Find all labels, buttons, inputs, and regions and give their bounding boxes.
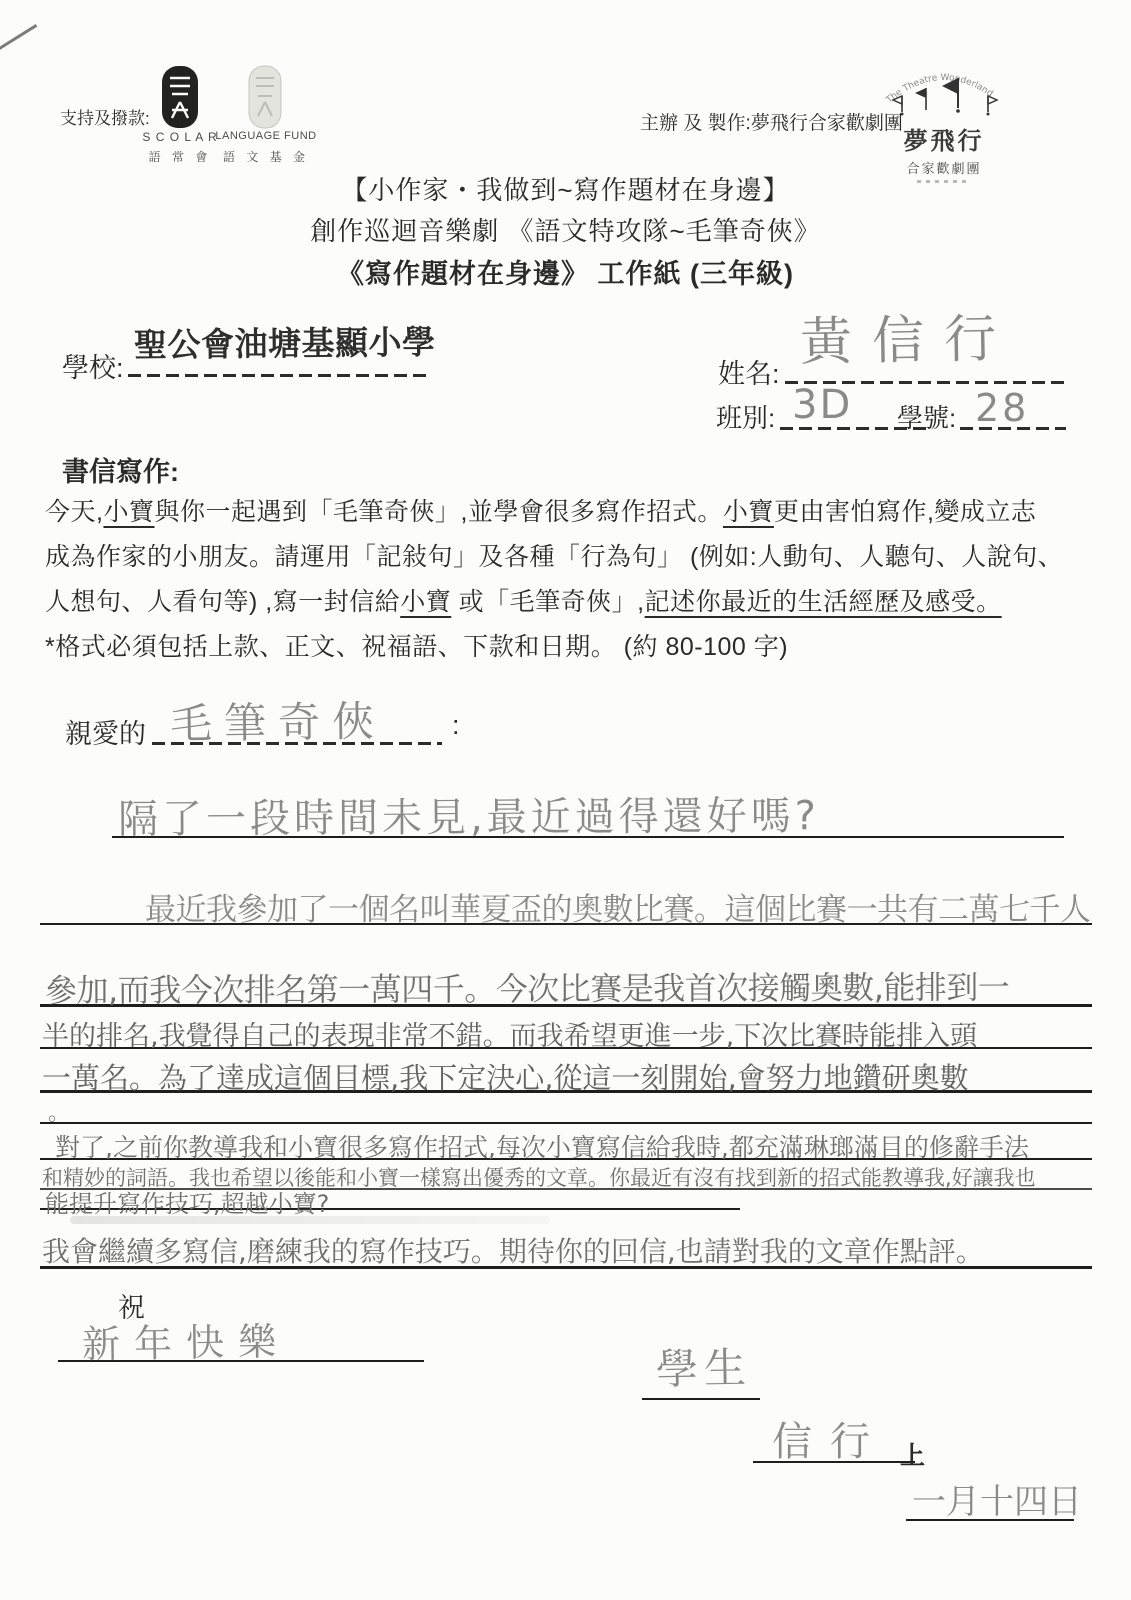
instr-seg: 更由害怕寫作,變成立志 [774,498,1036,526]
school-label: 學校: [62,346,124,385]
instruction-line-2: 成為作家的小朋友。請運用「記敍句」及各種「行為句」 (例如:人動句、人聽句、人說… [45,537,1063,573]
school-line [128,374,430,377]
instr-seg-underlined: 記述你最近的生活經歷及感受。 [645,588,1002,616]
instruction-line-4: *格式必須包括上款、正文、祝福語、下款和日期。 (約 80-100 字) [45,627,788,663]
letter-line: 能提升寫作技巧,超越小寶? [45,1184,329,1219]
title-line1: 【小作家・我做到~寫作題材在身邊】 [0,170,1131,207]
class-label: 班別: [716,398,775,435]
theatre-flags-icon: The Theatre Wonderland [876,52,1012,116]
letter-line: 半的排名,我覺得自己的表現非常不錯。而我希望更進一步,下次比賽時能排入頭 [42,1014,977,1053]
instr-seg: 人想句、人看句等) ,寫一封信給 [45,588,400,616]
signer-name: 信行 [772,1410,888,1467]
language-fund-name-zh: 語 文 基 金 [206,148,326,165]
language-fund-name-en: LANGUAGE FUND [206,130,326,142]
instr-seg: 或「毛筆奇俠」, [451,588,644,616]
letter-date: 一月十四日 [912,1474,1082,1523]
salutation-label: 親愛的 [65,712,146,751]
theatre-arc-text: The Theatre Wonderland [884,73,995,106]
student-no-value: 28 [975,386,1029,430]
letter-line: 對了,之前你教導我和小寶很多寫作招式,每次小寶寫信給我時,都充滿琳瑯滿目的修辭手… [55,1128,1029,1164]
name-value: 黃信行 [799,296,1016,375]
instr-seg-underlined: 小寶 [103,498,154,526]
scolar-seal-icon [158,64,202,130]
letter-line: 。 [48,1096,70,1127]
title-line3: 《寫作題材在身邊》 工作紙 (三年級) [0,252,1131,291]
instr-seg-underlined: 小寶 [400,588,451,616]
student-no-label: 學號: [897,398,956,435]
name-label: 姓名: [718,352,780,391]
section-heading: 書信寫作: [62,450,179,489]
signer-role-line [642,1398,760,1400]
instr-seg: 與你一起遇到「毛筆奇俠」,並學會很多寫作招式。 [154,498,722,526]
support-label: 支持及撥款: [60,104,150,129]
ruled-line [40,1122,1092,1124]
wish-value: 新年快樂 [82,1311,291,1369]
signer-suffix: 上 [900,1436,925,1472]
salutation-colon: : [452,710,460,741]
letter-line: 參加,而我今次排名第一萬四千。今次比賽是我首次接觸奧數,能排到一 [45,962,1010,1011]
letter-line: 一萬名。為了達成這個目標,我下定決心,從這一刻開始,會努力地鑽研奧數 [42,1056,969,1097]
corner-mark [0,24,37,51]
salutation-value: 毛筆奇俠 [170,688,387,751]
letter-line: 最近我參加了一個名叫華夏盃的奧數比賽。這個比賽一共有二萬七千人 [145,884,1091,929]
organizer-line: 主辦 及 製作:夢飛行合家歡劇團 [640,108,903,135]
title-line2: 創作巡迴音樂劇 《語文特攻隊~毛筆奇俠》 [0,211,1131,248]
language-fund-seal-icon [244,64,286,130]
theatre-logo: The Theatre Wonderland 夢飛行 合家歡劇團 [876,52,1012,164]
school-value: 聖公會油塘基顯小學 [134,316,436,366]
svg-text:The Theatre Wonderland: The Theatre Wonderland [884,73,995,106]
class-value: 3D [792,382,852,428]
theatre-name: 夢飛行 [876,121,1012,156]
letter-line: 隔了一段時間未見,最近過得還好嗎? [118,784,820,845]
letter-line: 我會繼續多寫信,磨練我的寫作技巧。期待你的回信,也請對我的文章作點評。 [42,1230,984,1270]
instr-seg-underlined: 小寶 [723,498,774,526]
instruction-line-1: 今天,小寶與你一起遇到「毛筆奇俠」,並學會很多寫作招式。小寶更由害怕寫作,變成立… [45,492,1036,528]
instruction-line-3: 人想句、人看句等) ,寫一封信給小寶 或「毛筆奇俠」,記述你最近的生活經歷及感受… [45,582,1002,618]
instr-seg: 今天, [45,498,103,526]
signer-role: 學生 [655,1335,752,1397]
